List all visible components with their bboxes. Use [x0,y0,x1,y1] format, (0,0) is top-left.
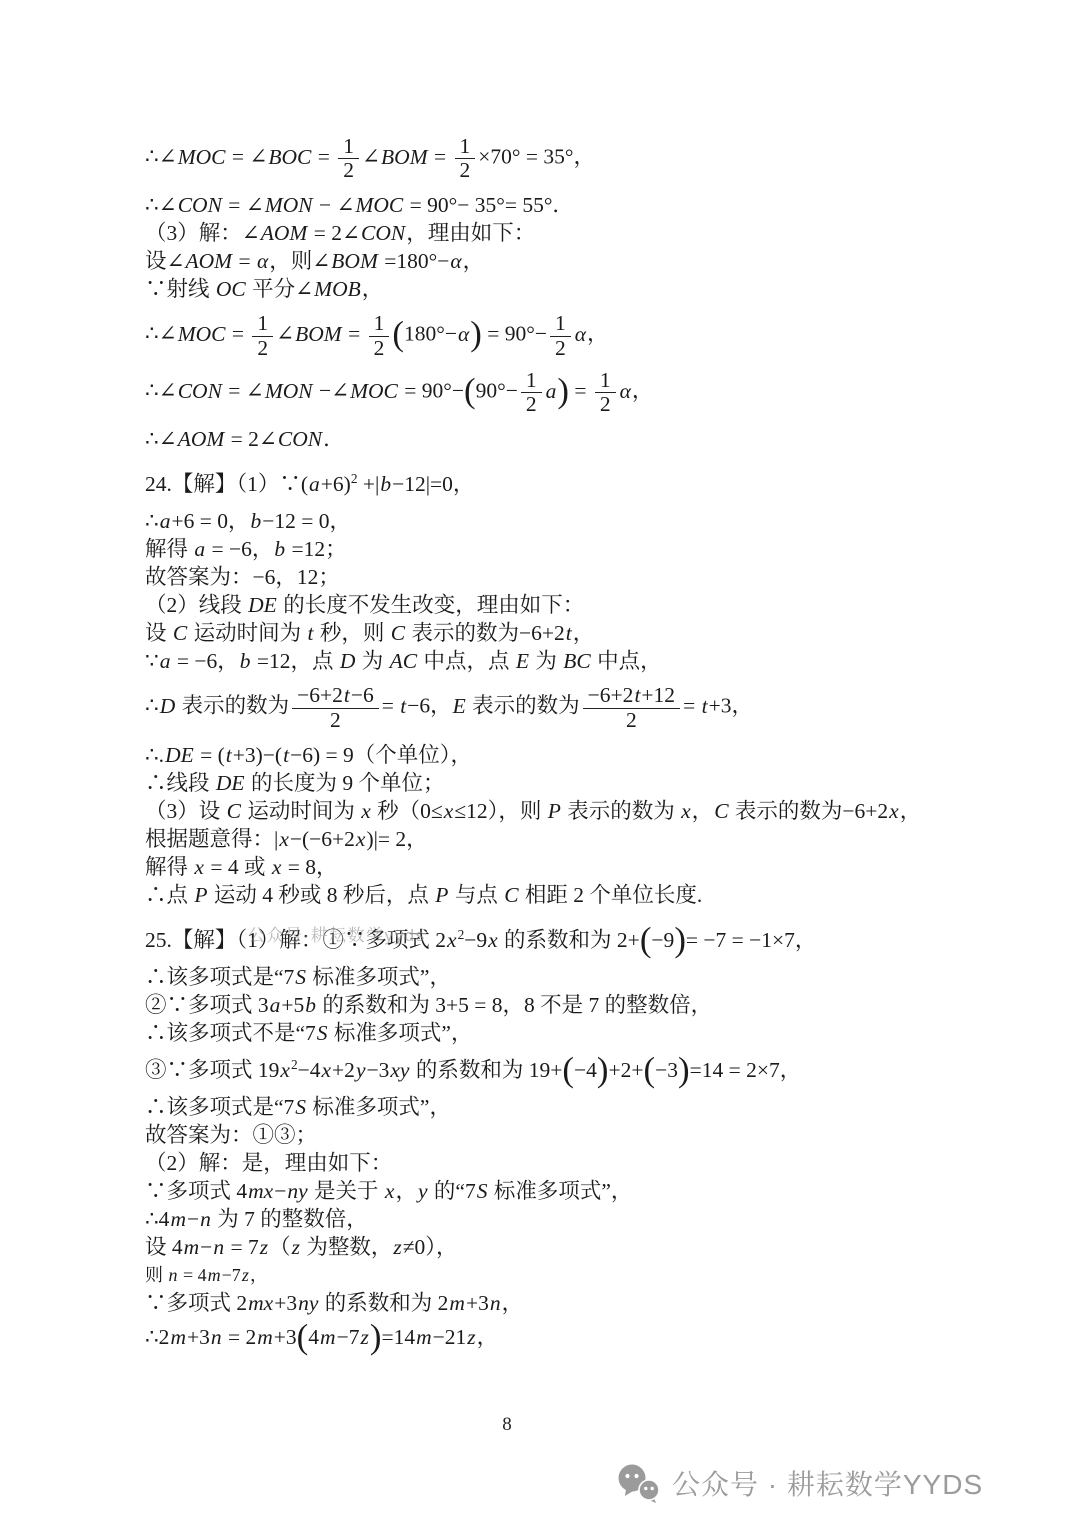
math-line: 设∠AOM = α，则∠BOM =180°−α， [145,247,985,275]
math-line: 故答案为：−6，12； [145,563,985,591]
math-line: ③∵多项式 19x2−4x+2y−3xy 的系数和为 19+(−4)+2+(−3… [145,1056,985,1084]
wechat-icon [616,1463,662,1503]
math-line: 则 n = 4m−7z， [145,1261,985,1289]
math-line: ∴4m−n 为 7 的整数倍， [145,1205,985,1233]
math-line: ∴D 表示的数为−6+2t−62= t−6，E 表示的数为−6+2t+122= … [145,684,985,731]
watermark-footer-text: 公众号 · 耕耘数学YYDS [672,1463,983,1503]
math-line: ∴∠AOM = 2∠CON． [145,425,985,453]
math-line: ∴a+6 = 0，b−12 = 0， [145,507,985,535]
math-line: ∴该多项式不是“7S 标准多项式”， [145,1019,985,1047]
math-line: （2）线段 DE 的长度不发生改变，理由如下： [145,591,985,619]
math-line: 设 C 运动时间为 t 秒，则 C 表示的数为−6+2t， [145,619,985,647]
math-line: ∴点 P 运动 4 秒或 8 秒后，点 P 与点 C 相距 2 个单位长度. [145,881,985,909]
math-line: ∵多项式 4mx−ny 是关于 x，y 的“7S 标准多项式”， [145,1177,985,1205]
math-line: 设 4m−n = 7z（z 为整数，z≠0）， [145,1233,985,1261]
math-line: （3）设 C 运动时间为 x 秒（0≤x≤12），则 P 表示的数为 x，C 表… [145,797,985,825]
math-line: ∴.DE = (t+3)−(t−6) = 9（个单位）， [145,741,985,769]
math-line: ∴∠MOC = 12∠BOM = 12(180°−α) = 90°−12α， [145,312,985,359]
solution-lines: ∴∠MOC = ∠BOC = 12∠BOM = 12×70° = 35°，∴∠C… [145,126,985,1357]
math-line: ∵a = −6，b =12，点 D 为 AC 中点，点 E 为 BC 中点， [145,647,985,675]
math-line: ∴2m+3n = 2m+3(4m−7z)=14m−21z， [145,1323,985,1351]
math-line: ∴∠MOC = ∠BOC = 12∠BOM = 12×70° = 35°， [145,135,985,182]
math-line: （3）解：∠AOM = 2∠CON，理由如下： [145,219,985,247]
math-line: ∴该多项式是“7S 标准多项式”， [145,1093,985,1121]
watermark-footer: 公众号 · 耕耘数学YYDS [616,1463,983,1503]
math-line: （2）解：是，理由如下： [145,1149,985,1177]
math-line: ∴∠CON = ∠MON − ∠MOC = 90°− 35°= 55°． [145,191,985,219]
math-line: ∴该多项式是“7S 标准多项式”， [145,963,985,991]
watermark-inline: 公众号·耕耘数学yyds [248,921,426,946]
math-line: ∵多项式 2mx+3ny 的系数和为 2m+3n， [145,1289,985,1317]
math-line: ∵射线 OC 平分∠MOB， [145,275,985,303]
math-line: ②∵多项式 3a+5b 的系数和为 3+5 = 8，8 不是 7 的整数倍， [145,991,985,1019]
math-line: 根据题意得：|x−(−6+2x)|= 2， [145,825,985,853]
page-number: 8 [0,1414,1014,1436]
math-line: ∴线段 DE 的长度为 9 个单位； [145,769,985,797]
math-line: 故答案为：①③； [145,1121,985,1149]
math-line: ∴∠CON = ∠MON −∠MOC = 90°−(90°−12a) = 12α… [145,369,985,416]
math-line: 24.【解】（1）∵(a+6)2 +|b−12|=0， [145,470,985,498]
math-line: 解得 a = −6，b =12； [145,535,985,563]
document-page: ∴∠MOC = ∠BOC = 12∠BOM = 12×70° = 35°，∴∠C… [0,0,1080,1527]
math-line: 解得 x = 4 或 x = 8， [145,853,985,881]
